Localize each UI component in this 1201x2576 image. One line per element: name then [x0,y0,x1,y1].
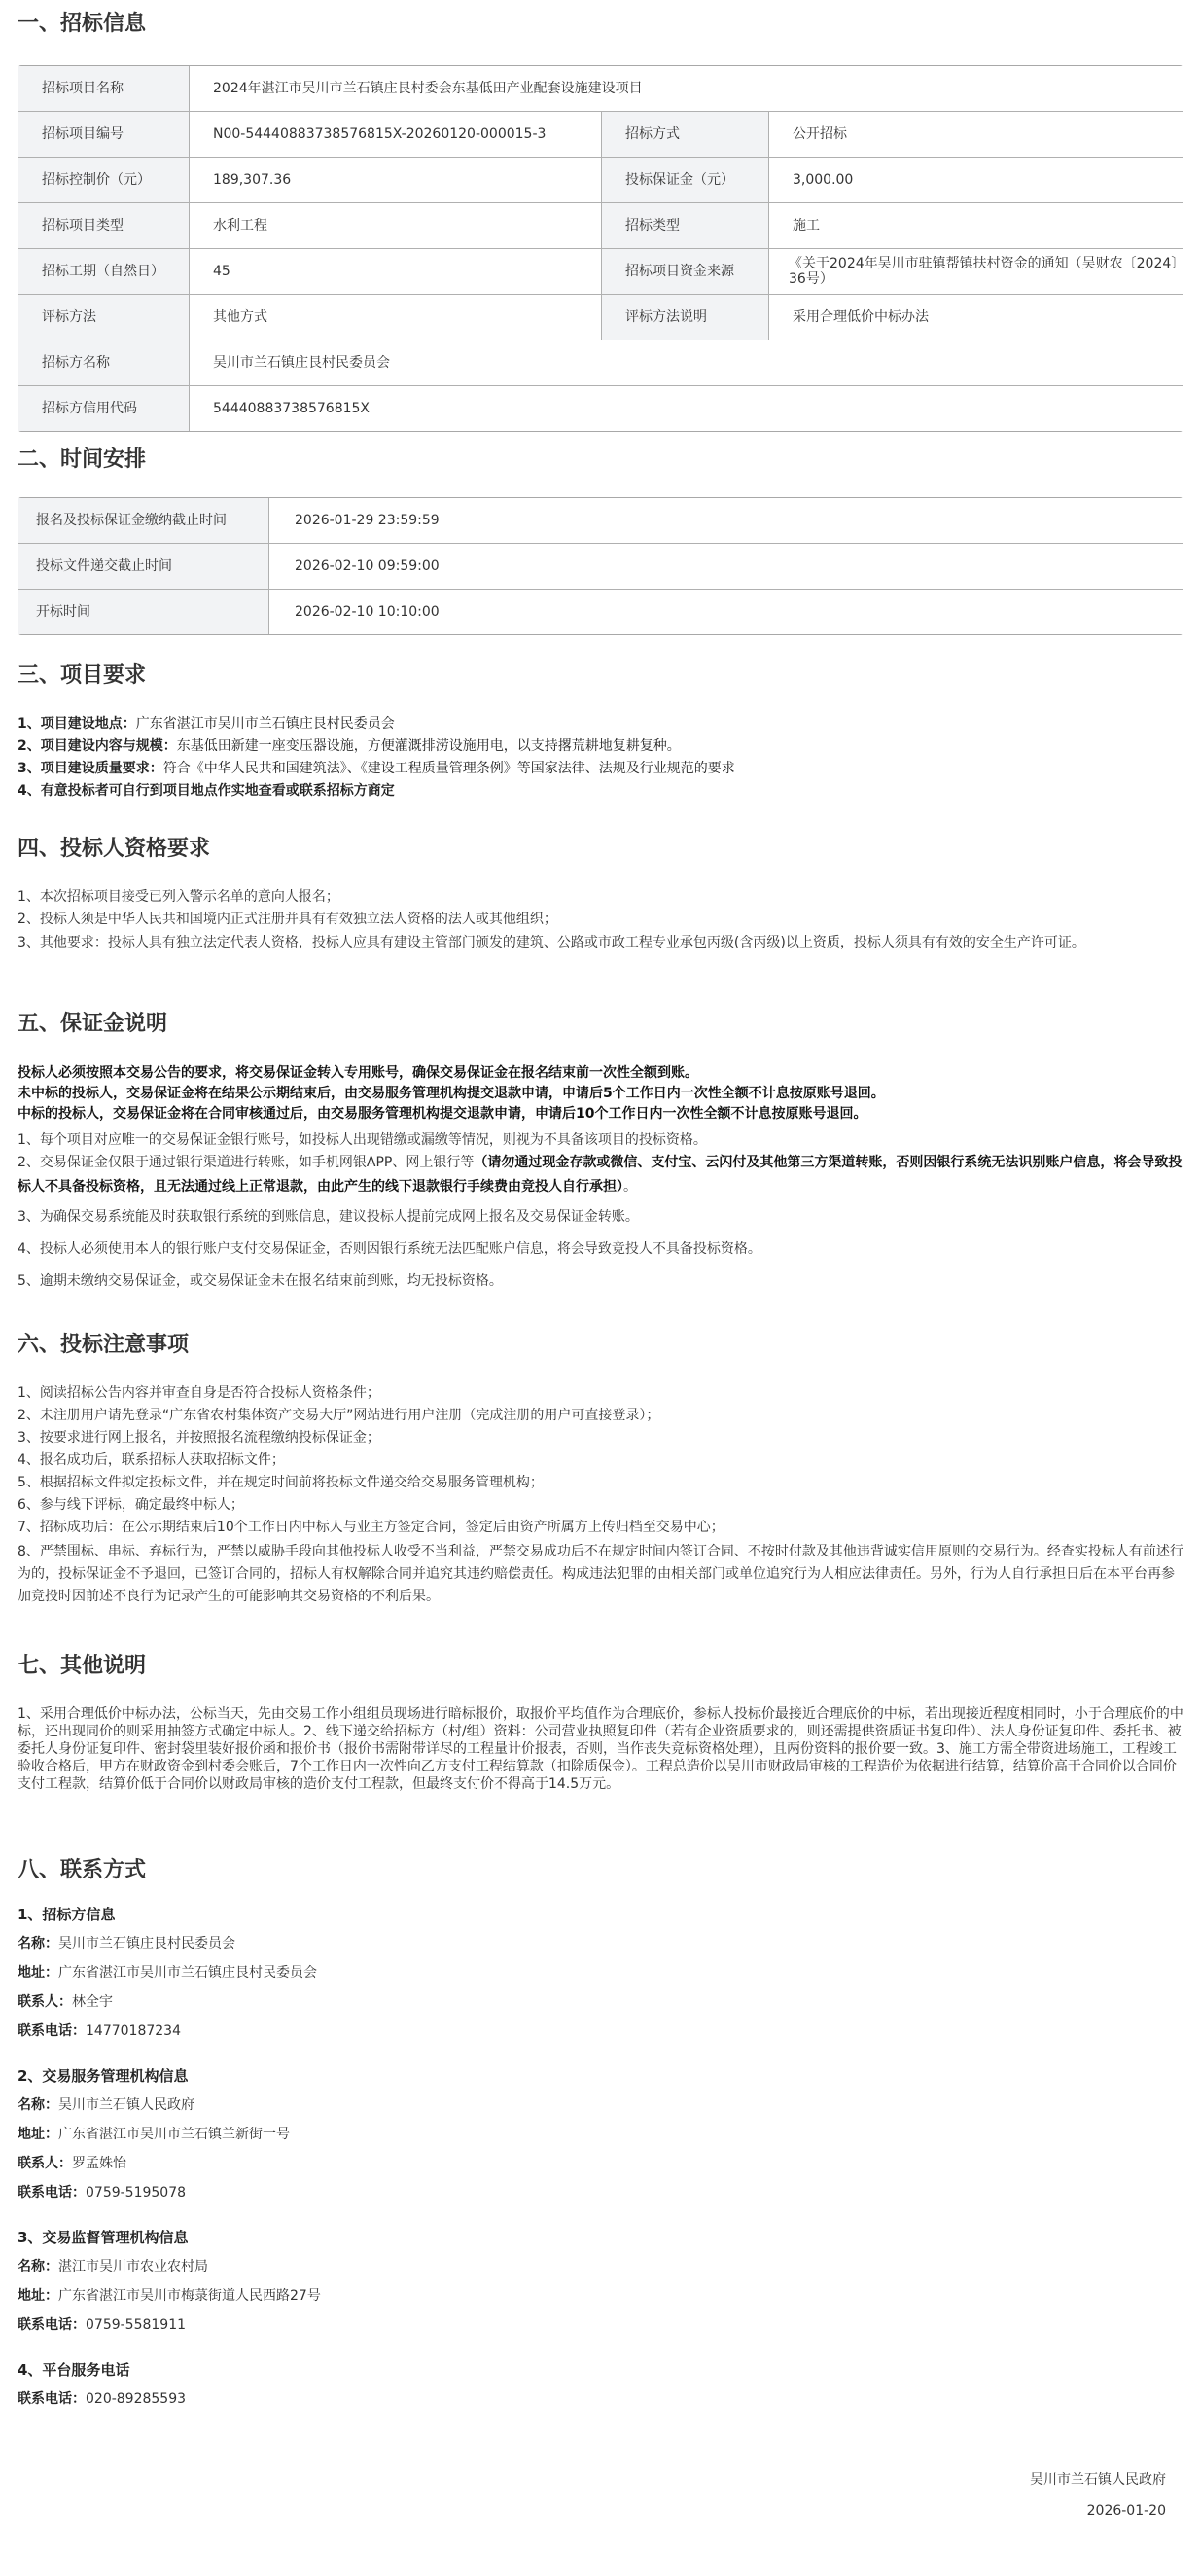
field-label: 招标控制价（元） [18,158,190,203]
eval-method-value: 其他方式 [190,295,602,340]
opening-time-value: 2026-02-10 10:10:00 [269,590,1183,634]
list-item: 4、有意投标者可自行到项目地点作实地查看或联系招标方商定 [18,780,1183,803]
list-item: 6、参与线下评标，确定最终中标人； [18,1494,1183,1517]
contact-group-platform: 4、平台服务电话 联系电话：020-89285593 [18,2355,1183,2414]
contact-group-service: 2、交易服务管理机构信息 名称：吴川市兰石镇人民政府 地址：广东省湛江市吴川市兰… [18,2061,1183,2207]
schedule-table: 报名及投标保证金缴纳截止时间 2026-01-29 23:59:59 投标文件递… [18,497,1183,635]
contact-name: 名称：吴川市兰石镇庄艮村民委员会 [18,1929,1183,1958]
issue-date: 2026-01-20 [18,2501,1166,2521]
deposit-content: 投标人必须按照本交易公告的要求，将交易保证金转入专用账号，确保交易保证金在报名结… [18,1063,1183,1292]
contact-value: 吴川市兰石镇人民政府 [58,2097,194,2113]
bid-deposit-value: 3,000.00 [769,158,1183,203]
contact-key: 名称： [18,2097,58,2113]
list-item: 5、根据招标文件拟定投标文件，并在规定时间前将投标文件递交给交易服务管理机构； [18,1472,1183,1494]
contact-person: 联系人：林全宇 [18,1987,1183,2017]
contact-value: 广东省湛江市吴川市梅菉街道人民西路27号 [58,2288,321,2304]
list-item: 3、其他要求：投标人具有独立法定代表人资格，投标人应具有建设主管部门颁发的建筑、… [18,931,1183,953]
item-text: 东基低田新建一座变压器设施，方便灌溉排涝设施用电，以支持撂荒耕地复耕复种。 [177,738,681,754]
section-title: 四、投标人资格要求 [18,825,1183,873]
contact-key: 联系电话： [18,2317,86,2333]
field-label: 招标方式 [602,112,769,158]
field-label: 招标项目编号 [18,112,190,158]
bid-info-table: 招标项目名称 2024年湛江市吴川市兰石镇庄艮村委会东基低田产业配套设施建设项目… [18,65,1183,432]
table-row: 招标方信用代码 54440883738576815X [18,386,1183,431]
table-row: 开标时间 2026-02-10 10:10:00 [18,590,1183,634]
contact-key: 地址： [18,1965,58,1981]
contact-value: 广东省湛江市吴川市兰石镇兰新街一号 [58,2127,290,2142]
item-text: 2、交易保证金仅限于通过银行渠道进行转账，如手机网银APP、网上银行等 [18,1155,474,1170]
bid-type-value: 施工 [769,203,1183,249]
contact-value: 罗孟姝怡 [72,2156,126,2171]
section-title: 六、投标注意事项 [18,1321,1183,1369]
section-title: 八、联系方式 [18,1846,1183,1894]
contact-phone: 联系电话：0759-5195078 [18,2178,1183,2207]
footer: 吴川市兰石镇人民政府 2026-01-20 [18,2470,1183,2546]
list-item: 2、未注册用户请先登录“广东省农村集体资产交易大厅”网站进行用户注册（完成注册的… [18,1405,1183,1427]
section-bid-info: 一、招标信息 招标项目名称 2024年湛江市吴川市兰石镇庄艮村委会东基低田产业配… [18,0,1183,436]
table-row: 招标项目编号 N00-54440883738576815X-20260120-0… [18,112,1183,158]
contact-address: 地址：广东省湛江市吴川市兰石镇庄艮村民委员会 [18,1958,1183,1987]
field-label: 招标项目类型 [18,203,190,249]
contact-value: 0759-5581911 [86,2317,186,2333]
deposit-bold-line: 中标的投标人，交易保证金将在合同审核通过后，由交易服务管理机构提交退款申请，申请… [18,1104,1183,1125]
table-row: 招标项目类型 水利工程 招标类型 施工 [18,203,1183,249]
contact-heading: 1、招标方信息 [18,1900,1183,1929]
deposit-bold-line: 投标人必须按照本交易公告的要求，将交易保证金转入专用账号，确保交易保证金在报名结… [18,1063,1183,1084]
control-price-value: 189,307.36 [190,158,602,203]
field-label: 招标项目资金来源 [602,249,769,295]
contact-value: 林全宇 [72,1994,113,2010]
list-item: 1、项目建设地点：广东省湛江市吴川市兰石镇庄艮村民委员会 [18,713,1183,735]
item-label: 2、项目建设内容与规模： [18,738,177,754]
section-schedule: 二、时间安排 报名及投标保证金缴纳截止时间 2026-01-29 23:59:5… [18,436,1183,652]
table-row: 招标控制价（元） 189,307.36 投标保证金（元） 3,000.00 [18,158,1183,203]
bid-method-value: 公开招标 [769,112,1183,158]
bidder-name-value: 吴川市兰石镇庄艮村民委员会 [190,340,1183,386]
deposit-bold-line: 未中标的投标人，交易保证金将在结果公示期结束后，由交易服务管理机构提交退款申请，… [18,1084,1183,1104]
item-text: 符合《中华人民共和国建筑法》、《建设工程质量管理条例》等国家法律、法规及行业规范… [163,761,735,776]
field-label: 投标保证金（元） [602,158,769,203]
list-item: 5、逾期未缴纳交易保证金，或交易保证金未在报名结束前到账，均无投标资格。 [18,1271,1183,1292]
table-row: 招标项目名称 2024年湛江市吴川市兰石镇庄艮村委会东基低田产业配套设施建设项目 [18,66,1183,112]
section-deposit: 五、保证金说明 投标人必须按照本交易公告的要求，将交易保证金转入专用账号，确保交… [18,1000,1183,1321]
contact-name: 名称：湛江市吴川市农业农村局 [18,2252,1183,2281]
contact-person: 联系人：罗孟姝怡 [18,2149,1183,2178]
section-title: 五、保证金说明 [18,1000,1183,1048]
item-text: 广东省湛江市吴川市兰石镇庄艮村民委员会 [136,716,395,732]
section-title: 三、项目要求 [18,652,1183,699]
project-name-value: 2024年湛江市吴川市兰石镇庄艮村委会东基低田产业配套设施建设项目 [190,66,1183,112]
submission-deadline-value: 2026-02-10 09:59:00 [269,544,1183,590]
credit-code-value: 54440883738576815X [190,386,1183,431]
section-project-requirements: 三、项目要求 1、项目建设地点：广东省湛江市吴川市兰石镇庄艮村民委员会 2、项目… [18,652,1183,825]
section-title: 二、时间安排 [18,436,1183,483]
list-item: 4、投标人必须使用本人的银行账户支付交易保证金，否则因银行系统无法匹配账户信息，… [18,1239,1183,1260]
contact-heading: 2、交易服务管理机构信息 [18,2061,1183,2091]
list-item: 1、阅读招标公告内容并审查自身是否符合投标人资格条件； [18,1382,1183,1405]
section-bid-notice: 六、投标注意事项 1、阅读招标公告内容并审查自身是否符合投标人资格条件； 2、未… [18,1321,1183,1642]
item-label: 1、项目建设地点： [18,716,136,732]
table-row: 招标工期（自然日） 45 招标项目资金来源 《关于2024年吴川市驻镇帮镇扶村资… [18,249,1183,295]
list-item: 7、招标成功后：在公示期结束后10个工作日内中标人与业主方签定合同，签定后由资产… [18,1517,1183,1539]
contact-value: 0759-5195078 [86,2185,186,2200]
section-title: 一、招标信息 [18,0,1183,48]
list-item: 1、本次招标项目接受已列入警示名单的意向人报名； [18,886,1183,909]
contact-address: 地址：广东省湛江市吴川市兰石镇兰新街一号 [18,2120,1183,2149]
contact-key: 地址： [18,2288,58,2304]
contact-key: 地址： [18,2127,58,2142]
list-item: 4、报名成功后，联系招标人获取招标文件； [18,1449,1183,1472]
contact-group-supervision: 3、交易监督管理机构信息 名称：湛江市吴川市农业农村局 地址：广东省湛江市吴川市… [18,2223,1183,2340]
contact-value: 广东省湛江市吴川市兰石镇庄艮村民委员会 [58,1965,317,1981]
field-label: 开标时间 [18,590,269,634]
list-item: 3、项目建设质量要求：符合《中华人民共和国建筑法》、《建设工程质量管理条例》等国… [18,758,1183,780]
registration-deadline-value: 2026-01-29 23:59:59 [269,498,1183,544]
field-label: 评标方法 [18,295,190,340]
contact-group-bidder: 1、招标方信息 名称：吴川市兰石镇庄艮村民委员会 地址：广东省湛江市吴川市兰石镇… [18,1900,1183,2046]
field-label: 招标项目名称 [18,66,190,112]
list-item: 8、严禁围标、串标、弃标行为，严禁以威胁手段向其他投标人收受不当利益，严禁交易成… [18,1541,1183,1608]
item-label: 3、项目建设质量要求： [18,761,163,776]
contact-value: 020-89285593 [86,2391,186,2407]
qualification-list: 1、本次招标项目接受已列入警示名单的意向人报名； 2、投标人须是中华人民共和国境… [18,886,1183,953]
fund-source-value: 《关于2024年吴川市驻镇帮镇扶村资金的通知（吴财农〔2024〕36号） [769,249,1183,295]
list-item: 3、为确保交易系统能及时获取银行系统的到账信息，建议投标人提前完成网上报名及交易… [18,1207,1183,1228]
contact-key: 联系电话： [18,2023,86,2039]
field-label: 评标方法说明 [602,295,769,340]
item-label: 4、有意投标者可自行到项目地点作实地查看或联系招标方商定 [18,783,395,799]
contact-name: 名称：吴川市兰石镇人民政府 [18,2091,1183,2120]
item-text: 。 [623,1179,637,1195]
section-qualification: 四、投标人资格要求 1、本次招标项目接受已列入警示名单的意向人报名； 2、投标人… [18,825,1183,1000]
field-label: 招标工期（自然日） [18,249,190,295]
table-row: 报名及投标保证金缴纳截止时间 2026-01-29 23:59:59 [18,498,1183,544]
contact-key: 联系电话： [18,2391,86,2407]
field-label: 招标类型 [602,203,769,249]
contact-key: 联系人： [18,2156,72,2171]
contact-value: 14770187234 [86,2023,181,2039]
project-type-value: 水利工程 [190,203,602,249]
table-row: 评标方法 其他方式 评标方法说明 采用合理低价中标办法 [18,295,1183,340]
announcement-page: 一、招标信息 招标项目名称 2024年湛江市吴川市兰石镇庄艮村委会东基低田产业配… [0,0,1201,2546]
list-item: 2、项目建设内容与规模：东基低田新建一座变压器设施，方便灌溉排涝设施用电，以支持… [18,735,1183,758]
section-title: 七、其他说明 [18,1642,1183,1690]
section-other: 七、其他说明 1、采用合理低价中标办法，公标当天，先由交易工作小组组员现场进行暗… [18,1642,1183,1846]
field-label: 投标文件递交截止时间 [18,544,269,590]
contact-value: 湛江市吴川市农业农村局 [58,2259,208,2274]
other-text: 1、采用合理低价中标办法，公标当天，先由交易工作小组组员现场进行暗标报价，取报价… [18,1705,1183,1793]
contact-value: 吴川市兰石镇庄艮村民委员会 [58,1936,235,1951]
notice-list: 1、阅读招标公告内容并审查自身是否符合投标人资格条件； 2、未注册用户请先登录“… [18,1382,1183,1608]
field-label: 报名及投标保证金缴纳截止时间 [18,498,269,544]
contact-phone: 联系电话：14770187234 [18,2017,1183,2046]
list-item: 2、投标人须是中华人民共和国境内正式注册并具有有效独立法人资格的法人或其他组织； [18,909,1183,931]
contact-key: 联系人： [18,1994,72,2010]
eval-method-desc-value: 采用合理低价中标办法 [769,295,1183,340]
contact-key: 联系电话： [18,2185,86,2200]
section-contact: 八、联系方式 1、招标方信息 名称：吴川市兰石镇庄艮村民委员会 地址：广东省湛江… [18,1846,1183,2414]
list-item: 2、交易保证金仅限于通过银行渠道进行转账，如手机网银APP、网上银行等（请勿通过… [18,1151,1183,1199]
contact-key: 名称： [18,1936,58,1951]
field-label: 招标方信用代码 [18,386,190,431]
list-item: 3、按要求进行网上报名，并按照报名流程缴纳投标保证金； [18,1427,1183,1449]
contact-phone: 联系电话：0759-5581911 [18,2310,1183,2340]
list-item: 1、每个项目对应唯一的交易保证金银行账号，如投标人出现错缴或漏缴等情况，则视为不… [18,1130,1183,1151]
duration-value: 45 [190,249,602,295]
issuer-name: 吴川市兰石镇人民政府 [18,2470,1166,2489]
contact-heading: 3、交易监督管理机构信息 [18,2223,1183,2252]
contact-phone: 联系电话：020-89285593 [18,2384,1183,2414]
field-label: 招标方名称 [18,340,190,386]
project-code-value: N00-54440883738576815X-20260120-000015-3 [190,112,602,158]
table-row: 投标文件递交截止时间 2026-02-10 09:59:00 [18,544,1183,590]
contact-heading: 4、平台服务电话 [18,2355,1183,2384]
table-row: 招标方名称 吴川市兰石镇庄艮村民委员会 [18,340,1183,386]
contact-key: 名称： [18,2259,58,2274]
requirements-list: 1、项目建设地点：广东省湛江市吴川市兰石镇庄艮村民委员会 2、项目建设内容与规模… [18,713,1183,803]
contact-address: 地址：广东省湛江市吴川市梅菉街道人民西路27号 [18,2281,1183,2310]
